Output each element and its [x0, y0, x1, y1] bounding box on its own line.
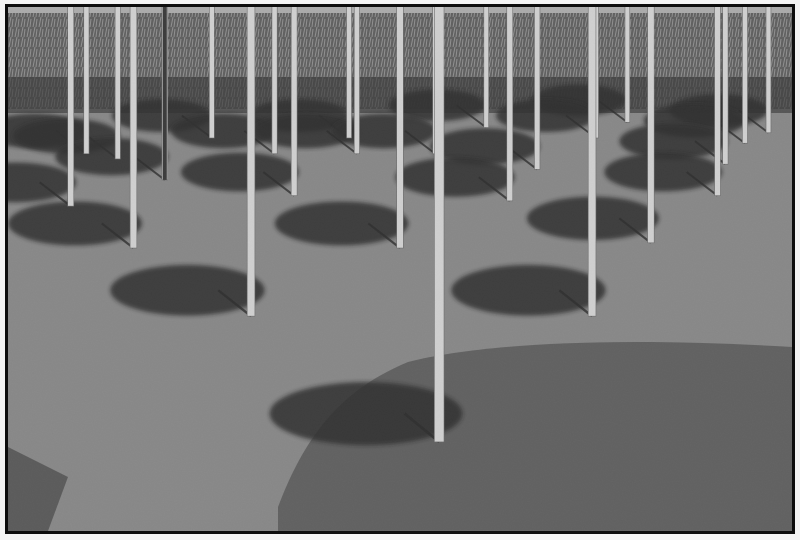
- photograph: [5, 4, 795, 534]
- photo-frame: [0, 0, 800, 540]
- orchard-scene: [8, 7, 792, 531]
- film-grain: [8, 7, 792, 531]
